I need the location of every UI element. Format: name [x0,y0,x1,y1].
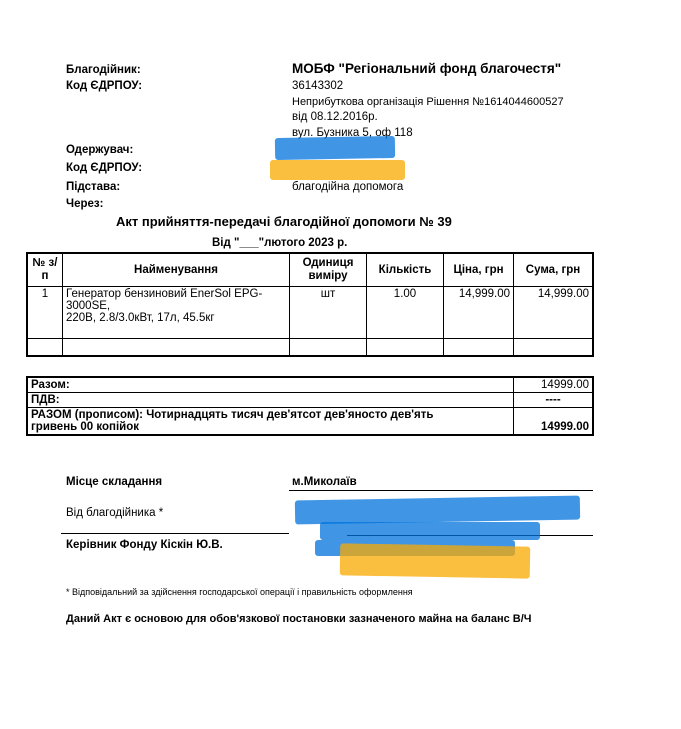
table-row-empty [27,339,593,356]
row-name-line: 220В, 2.8/3.0кВт, 17л, 45.5кг [66,312,286,324]
total-label: Разом: [27,377,514,393]
head-signature-label: Керівник Фонду Кіскін Ю.В. [66,539,223,551]
total-value: 14999.00 [514,377,594,393]
items-table: № з/п Найменування Одиниця виміру Кількі… [26,252,594,357]
col-qty: Кількість [367,253,444,287]
statement: Даний Акт є основою для обов'язкової пос… [66,613,532,625]
row-sum: 14,999.00 [514,287,594,339]
row-name: Генератор бензиновий EnerSol EPG- 3000SE… [63,287,290,339]
footnote: * Відповідальний за здійснення господарс… [66,587,413,597]
place-value: м.Миколаїв [292,476,357,488]
totals-table: Разом: 14999.00 ПДВ: ---- РАЗОМ (прописо… [26,376,594,436]
place-label: Місце складання [66,476,162,488]
col-price: Ціна, грн [444,253,514,287]
col-number: № з/п [27,253,63,287]
donor-desc-1: Неприбуткова організація Рішення №161404… [292,96,564,108]
recipient-label: Одержувач: [66,144,133,156]
basis-label: Підстава: [66,181,120,193]
redaction-mark [340,543,531,578]
donor-desc-2: від 08.12.2016р. [292,111,378,123]
row-name-line: 3000SE, [66,300,286,312]
total-words-line: гривень 00 копійок [31,421,510,433]
via-label: Через: [66,198,103,210]
table-row: 1 Генератор бензиновий EnerSol EPG- 3000… [27,287,593,339]
total-words-value: 14999.00 [514,408,594,436]
col-sum: Сума, грн [514,253,594,287]
place-underline [289,490,593,491]
basis-value: благодійна допомога [292,181,403,193]
redaction-mark [270,160,405,180]
table-header-row: № з/п Найменування Одиниця виміру Кількі… [27,253,593,287]
donor-label: Благодійник: [66,64,141,76]
donor-code: 36143302 [292,80,343,92]
recipient-code-label: Код ЄДРПОУ: [66,162,142,174]
donor-signature-line [61,533,289,534]
row-price: 14,999.00 [444,287,514,339]
document-title: Акт прийняття-передачі благодійної допом… [116,214,452,229]
col-unit: Одиниця виміру [290,253,367,287]
from-donor-label: Від благодійника * [66,507,163,519]
row-name-line: Генератор бензиновий EnerSol EPG- [66,288,286,300]
vat-value: ---- [514,393,594,408]
total-words-line: РАЗОМ (прописом): Чотирнадцять тисяч дев… [31,409,510,421]
total-words: РАЗОМ (прописом): Чотирнадцять тисяч дев… [27,408,514,436]
donor-name: МОБФ "Регіональний фонд благочестя" [292,61,561,76]
vat-label: ПДВ: [27,393,514,408]
redaction-mark [295,496,580,525]
row-number: 1 [27,287,63,339]
redaction-mark [275,136,395,160]
redaction-mark [320,522,540,540]
col-name: Найменування [63,253,290,287]
row-unit: шт [290,287,367,339]
document-date: Від "___"лютого 2023 р. [212,237,347,249]
row-qty: 1.00 [367,287,444,339]
donor-code-label: Код ЄДРПОУ: [66,80,142,92]
